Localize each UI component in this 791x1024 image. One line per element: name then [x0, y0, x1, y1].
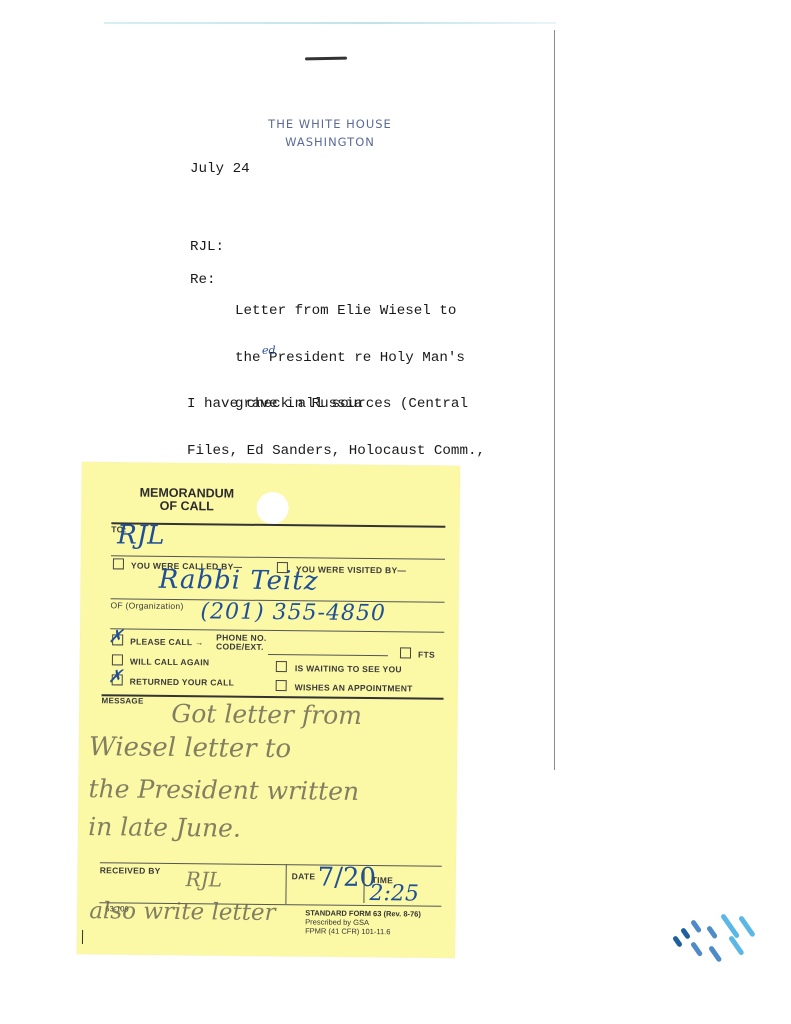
- fts-label: FTS: [418, 650, 435, 660]
- checkbox-wishes-appointment[interactable]: [276, 680, 287, 691]
- letterhead-line-2: WASHINGTON: [230, 133, 430, 151]
- message-line: the President written: [88, 774, 359, 806]
- form-footer: STANDARD FORM 63 (Rev. 8-76) Prescribed …: [305, 908, 421, 936]
- phone-value: (201) 355-4850: [200, 599, 386, 626]
- form-footer-line-3: FPMR (41 CFR) 101-11.6: [305, 926, 421, 936]
- divider: [363, 869, 364, 903]
- divider: [110, 628, 444, 632]
- message-line: Wiesel letter to: [89, 732, 291, 764]
- body-line: I have check all sources (Central: [187, 397, 485, 413]
- message-label: MESSAGE: [101, 696, 143, 705]
- sheet-right-edge: [554, 30, 555, 770]
- checkbox-will-call-again[interactable]: [112, 654, 123, 665]
- handwritten-insert: ed: [262, 344, 276, 357]
- phone-label-line-2: CODE/EXT.: [216, 642, 266, 652]
- please-call-checkmark: ✗: [108, 626, 123, 647]
- date-label: DATE: [292, 871, 316, 881]
- memo-date: July 24: [190, 162, 250, 178]
- returned-your-call-label: RETURNED YOUR CALL: [130, 677, 235, 688]
- memo-re-label: Re:: [190, 273, 216, 289]
- watermark-logo-icon: [668, 908, 758, 964]
- will-call-again-label: WILL CALL AGAIN: [130, 657, 210, 668]
- phone-field-line: [268, 654, 388, 656]
- body-line: Files, Ed Sanders, Holocaust Comm.,: [187, 444, 485, 460]
- date-value: 7/20: [318, 862, 377, 893]
- divider: [285, 864, 286, 904]
- card-title-line-2: OF CALL: [139, 500, 234, 514]
- letterhead: THE WHITE HOUSE WASHINGTON: [230, 115, 430, 151]
- received-by-label: RECEIVED BY: [100, 865, 161, 876]
- checkbox-is-waiting[interactable]: [276, 661, 287, 672]
- letterhead-line-1: THE WHITE HOUSE: [230, 115, 430, 133]
- caller-name: Rabbi Teitz: [159, 565, 319, 597]
- to-value: RJL: [117, 520, 165, 550]
- subject-line: Letter from Elie Wiesel to: [235, 304, 465, 320]
- phone-code-label: PHONE NO. CODE/EXT.: [216, 633, 267, 652]
- sheet-top-edge: [104, 22, 556, 24]
- received-by-value: RJL: [186, 867, 223, 891]
- returned-call-checkmark: ✗: [108, 666, 123, 687]
- edge-mark: [82, 930, 83, 944]
- checkbox-you-were-called-by[interactable]: [113, 558, 124, 569]
- message-line: Got letter from: [171, 699, 362, 730]
- punch-hole: [256, 492, 288, 524]
- memo-recipient: RJL:: [190, 240, 224, 256]
- is-waiting-label: IS WAITING TO SEE YOU: [295, 663, 402, 674]
- time-value: 2:25: [369, 881, 419, 907]
- divider: [111, 555, 445, 559]
- organization-label: OF (Organization): [110, 600, 183, 611]
- please-call-label: PLEASE CALL →: [130, 637, 204, 648]
- checkbox-fts[interactable]: [400, 647, 411, 658]
- memorandum-of-call-card: MEMORANDUM OF CALL TO: RJL YOU WERE CALL…: [77, 462, 460, 958]
- bottom-note: also write letter: [89, 898, 276, 926]
- message-line: in late June.: [88, 812, 241, 843]
- divider: [102, 694, 444, 700]
- card-title: MEMORANDUM OF CALL: [139, 487, 234, 514]
- wishes-appointment-label: WISHES AN APPOINTMENT: [295, 682, 413, 693]
